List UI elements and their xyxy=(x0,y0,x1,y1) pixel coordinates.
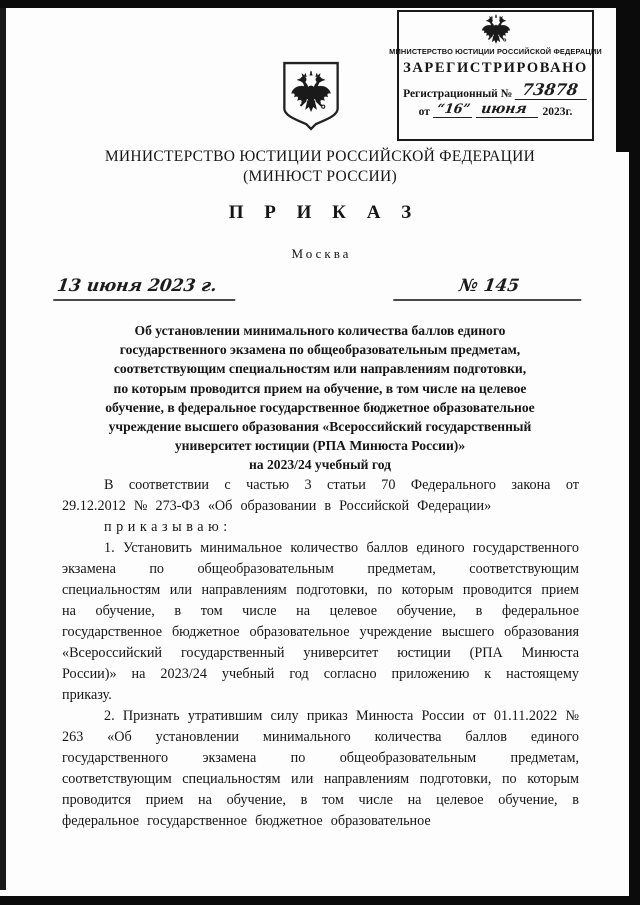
stamp-ministry-line: МИНИСТЕРСТВО ЮСТИЦИИ РОССИЙСКОЙ ФЕДЕРАЦИ… xyxy=(389,47,602,56)
body-intro-paragraph: В соответствии с частью 3 статьи 70 Феде… xyxy=(62,475,579,517)
order-subject-line: университет юстиции (РПА Минюста России)… xyxy=(60,436,580,455)
order-subject-line: на 2023/24 учебный год xyxy=(60,455,580,474)
order-subject-line: по которым проводится прием на обучение,… xyxy=(60,379,580,398)
order-subject-line: Об установлении минимального количества … xyxy=(60,321,580,340)
order-subject-line: учреждение высшего образования «Всеросси… xyxy=(60,417,580,436)
scan-edge-top xyxy=(0,0,640,8)
stamp-registration-number-line: Регистрационный № 73878 xyxy=(403,82,588,100)
scan-edge-bottom xyxy=(0,896,640,905)
stamp-date-day: “16” xyxy=(433,103,474,118)
order-subject-line: государственного экзамена по общеобразов… xyxy=(60,340,580,359)
order-subject-heading: Об установлении минимального количества … xyxy=(60,321,580,475)
coat-of-arms-icon xyxy=(280,60,342,132)
city-label: Москва xyxy=(0,246,640,262)
stamp-date-line: от “16” июня 2023г. xyxy=(419,102,573,118)
stamp-reg-number-value: 73878 xyxy=(515,82,589,100)
stamp-date-month: июня xyxy=(476,102,540,118)
scan-edge-left xyxy=(0,8,6,890)
registration-stamp: МИНИСТЕРСТВО ЮСТИЦИИ РОССИЙСКОЙ ФЕДЕРАЦИ… xyxy=(397,10,594,141)
order-body: В соответствии с частью 3 статьи 70 Феде… xyxy=(62,475,579,832)
ministry-title: МИНИСТЕРСТВО ЮСТИЦИИ РОССИЙСКОЙ ФЕДЕРАЦИ… xyxy=(60,147,580,187)
body-item-2: 2. Признать утратившим силу приказ Минюс… xyxy=(62,706,579,832)
scanned-order-page: МИНИСТЕРСТВО ЮСТИЦИИ РОССИЙСКОЙ ФЕДЕРАЦИ… xyxy=(0,0,640,905)
stamp-date-year: 2023г. xyxy=(543,106,573,118)
stamp-date-from-label: от xyxy=(419,106,430,118)
issue-date-handwritten: 13 июня 2023 г. xyxy=(53,274,239,301)
order-subject-line: обучение, в федеральное государственное … xyxy=(60,398,580,417)
scan-edge-right-top xyxy=(616,0,640,152)
issue-number-handwritten: № 145 xyxy=(393,274,585,301)
stamp-eagle-icon xyxy=(480,14,512,46)
body-item-1: 1. Установить минимальное количество бал… xyxy=(62,538,579,706)
order-subject-line: соответствующим специальностям или напра… xyxy=(60,359,580,378)
ministry-title-line1: МИНИСТЕРСТВО ЮСТИЦИИ РОССИЙСКОЙ ФЕДЕРАЦИ… xyxy=(60,147,580,167)
issue-date-number-row: 13 июня 2023 г. № 145 xyxy=(55,274,583,301)
stamp-reg-number-label: Регистрационный № xyxy=(403,88,512,100)
ministry-title-line2: (МИНЮСТ РОССИИ) xyxy=(60,167,580,187)
document-type-title: П Р И К А З xyxy=(0,202,640,224)
stamp-registered-label: ЗАРЕГИСТРИРОВАНО xyxy=(403,60,588,77)
decree-word: приказываю: xyxy=(62,517,579,538)
